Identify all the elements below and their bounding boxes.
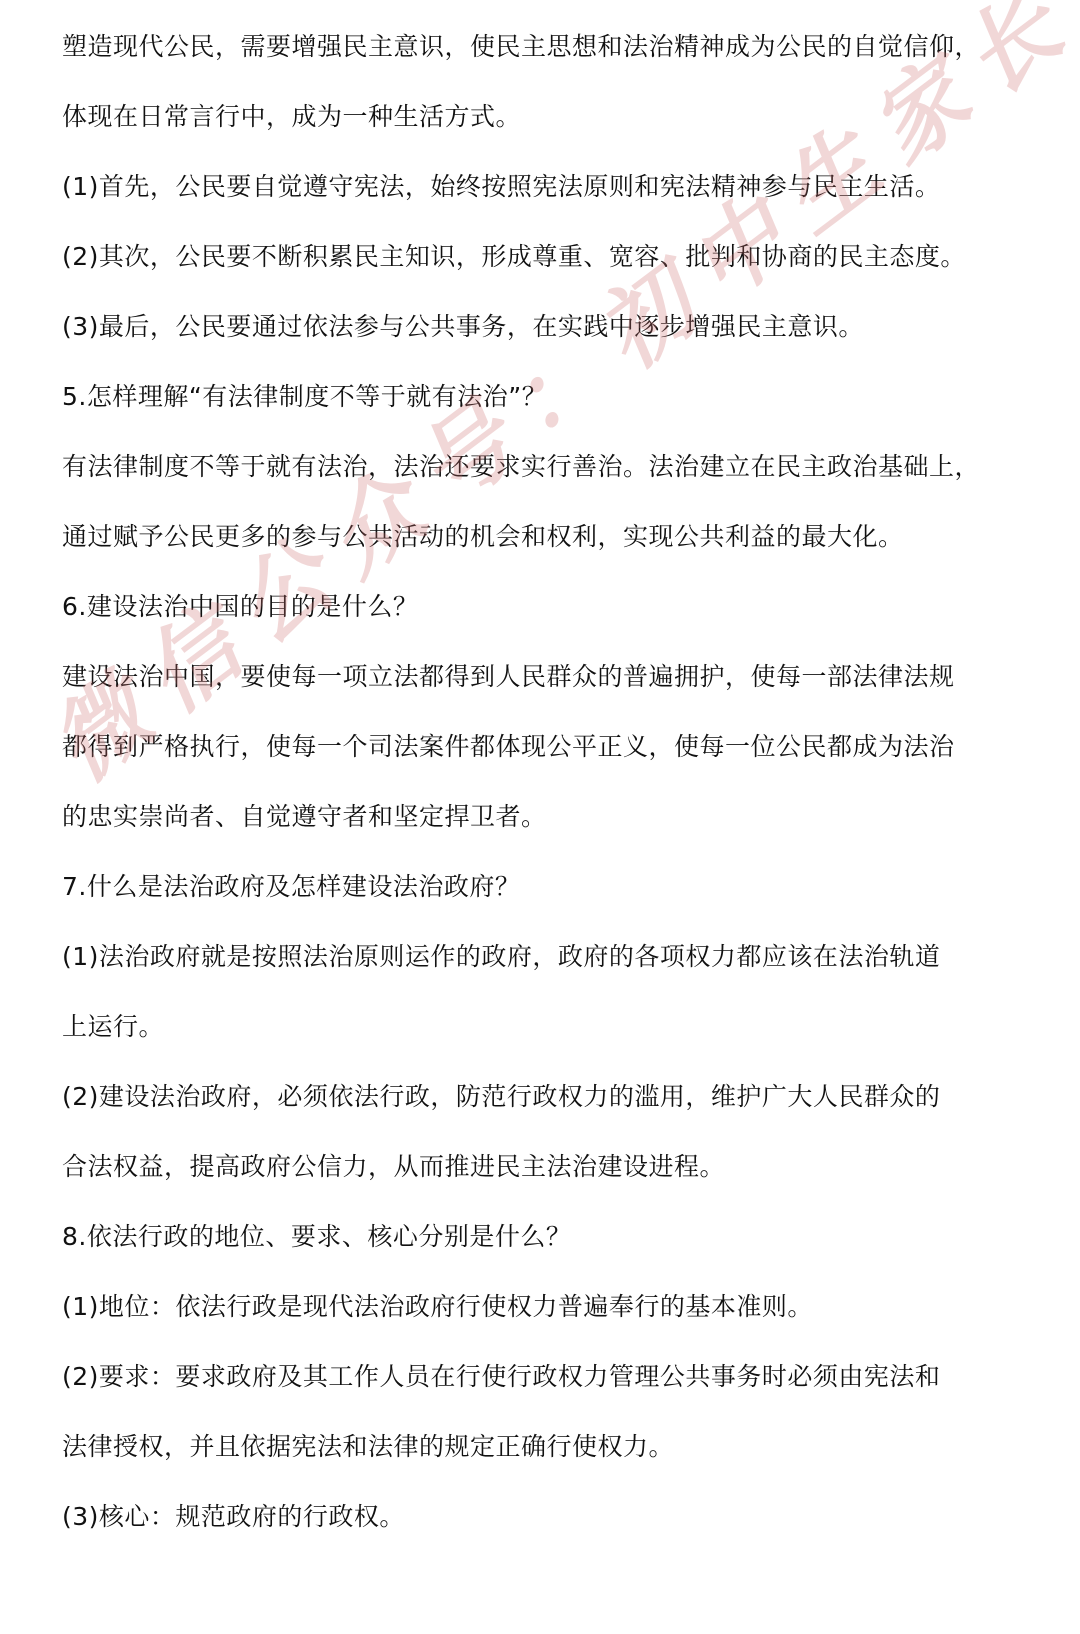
list-item-line: (3)核心：规范政府的行政权。 — [62, 1497, 1052, 1537]
list-item-line: 上运行。 — [62, 1007, 1052, 1047]
list-item-line: (1)首先，公民要自觉遵守宪法，始终按照宪法原则和宪法精神参与民主生活。 — [62, 167, 1052, 207]
list-item-line: (2)其次，公民要不断积累民主知识，形成尊重、宽容、批判和协商的民主态度。 — [62, 237, 1052, 277]
question-heading-6: 6.建设法治中国的目的是什么？ — [62, 587, 1052, 627]
list-item-line: (1)法治政府就是按照法治原则运作的政府，政府的各项权力都应该在法治轨道 — [62, 937, 1052, 977]
list-item-line: (2)要求：要求政府及其工作人员在行使行政权力管理公共事务时必须由宪法和 — [62, 1357, 1052, 1397]
list-item-line: 合法权益，提高政府公信力，从而推进民主法治建设进程。 — [62, 1147, 1052, 1187]
paragraph-line: 有法律制度不等于就有法治，法治还要求实行善治。法治建立在民主政治基础上， — [62, 447, 1052, 487]
question-heading-7: 7.什么是法治政府及怎样建设法治政府？ — [62, 867, 1052, 907]
paragraph-line: 都得到严格执行，使每一个司法案件都体现公平正义，使每一位公民都成为法治 — [62, 727, 1052, 767]
document-page: 塑造现代公民，需要增强民主意识，使民主思想和法治精神成为公民的自觉信仰， 体现在… — [0, 0, 1080, 1634]
paragraph-line: 体现在日常言行中，成为一种生活方式。 — [62, 97, 1052, 137]
list-item-line: (1)地位：依法行政是现代法治政府行使权力普遍奉行的基本准则。 — [62, 1287, 1052, 1327]
list-item-line: (2)建设法治政府，必须依法行政，防范行政权力的滥用，维护广大人民群众的 — [62, 1077, 1052, 1117]
list-item-line: 法律授权，并且依据宪法和法律的规定正确行使权力。 — [62, 1427, 1052, 1467]
paragraph-line: 建设法治中国，要使每一项立法都得到人民群众的普遍拥护，使每一部法律法规 — [62, 657, 1052, 697]
list-item-line: (3)最后，公民要通过依法参与公共事务，在实践中逐步增强民主意识。 — [62, 307, 1052, 347]
paragraph-line: 的忠实崇尚者、自觉遵守者和坚定捍卫者。 — [62, 797, 1052, 837]
question-heading-5: 5.怎样理解“有法律制度不等于就有法治”？ — [62, 377, 1052, 417]
paragraph-line: 塑造现代公民，需要增强民主意识，使民主思想和法治精神成为公民的自觉信仰， — [62, 27, 1052, 67]
paragraph-line: 通过赋予公民更多的参与公共活动的机会和权利，实现公共利益的最大化。 — [62, 517, 1052, 557]
question-heading-8: 8.依法行政的地位、要求、核心分别是什么？ — [62, 1217, 1052, 1257]
